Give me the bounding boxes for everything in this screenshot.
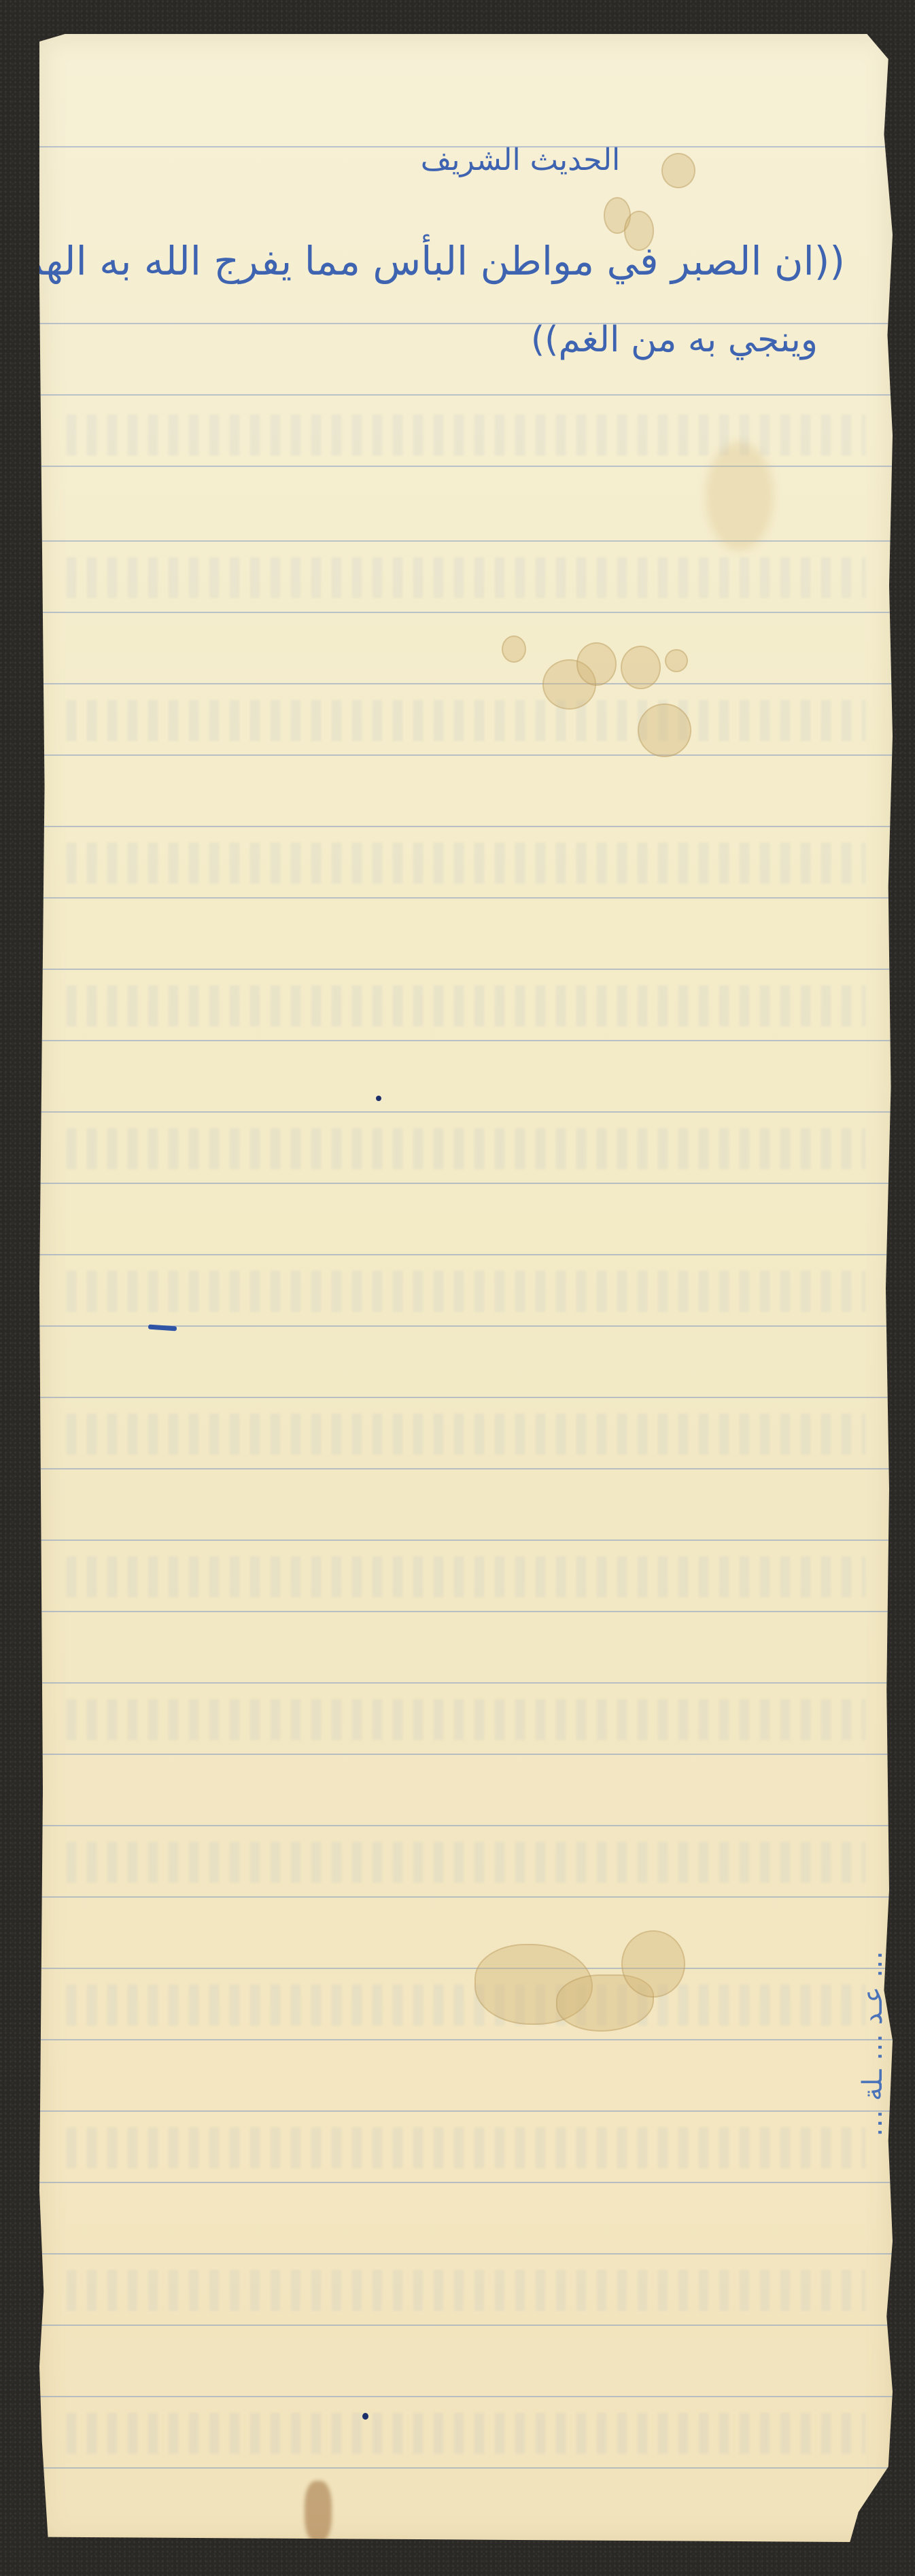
ruled-line (39, 1682, 893, 1684)
ruled-line (39, 1183, 893, 1184)
brown-smudge (305, 2481, 332, 2542)
ruled-line (39, 2396, 893, 2397)
show-through-text (67, 986, 865, 1026)
show-through-text (67, 1414, 865, 1455)
ruled-line (39, 1754, 893, 1755)
ruled-line (39, 1468, 893, 1469)
ruled-line (39, 1825, 893, 1826)
ruled-line (39, 394, 893, 396)
ruled-line (39, 2253, 893, 2255)
ruled-line (39, 2039, 893, 2040)
quote-line-2: وينجي به من الغم)) (531, 319, 818, 360)
stain (621, 646, 661, 689)
ruled-line (39, 897, 893, 899)
show-through-text (67, 700, 865, 741)
show-through-text (67, 1556, 865, 1597)
ruled-line (39, 754, 893, 756)
show-through-text (67, 1128, 865, 1169)
show-through-text (67, 1271, 865, 1312)
show-through-text (67, 557, 865, 598)
ruled-line (39, 683, 893, 684)
show-through-text (67, 1699, 865, 1740)
manuscript-page: الحديث الشريف ((ان الصبر في مواطن البأس … (39, 34, 893, 2542)
stain (638, 703, 691, 757)
show-through-text (67, 2127, 865, 2168)
show-through-text (67, 1842, 865, 1883)
ruled-line (39, 1896, 893, 1898)
ruled-line (39, 1397, 893, 1398)
show-through-text (67, 843, 865, 884)
show-through-text (67, 2413, 865, 2454)
ruled-line (39, 2110, 893, 2112)
ruled-line (39, 969, 893, 970)
quote-line-1: ((ان الصبر في مواطن البأس مما يفرج الله … (20, 238, 845, 284)
show-through-text (67, 2270, 865, 2311)
ruled-line (39, 1611, 893, 1612)
show-through-text (67, 1985, 865, 2025)
ink-dot (376, 1096, 381, 1101)
ruled-line (39, 1111, 893, 1113)
ruled-line (39, 612, 893, 613)
stain (665, 649, 688, 672)
stain (706, 442, 774, 551)
ruled-line (39, 2182, 893, 2183)
stain (576, 642, 617, 686)
stain (621, 1930, 685, 1998)
stain (502, 636, 526, 663)
ruled-line (39, 2325, 893, 2326)
heading-title: الحديث الشريف (39, 143, 893, 177)
ruled-line (39, 1254, 893, 1255)
ruled-line (39, 1040, 893, 1041)
ink-dot (362, 2413, 368, 2420)
ruled-line (39, 2467, 893, 2469)
ruled-line (39, 540, 893, 542)
ruled-line (39, 1539, 893, 1541)
ruled-line (39, 826, 893, 827)
margin-note: … عـد … ـلة … (857, 1951, 888, 2137)
ruled-line (39, 1968, 893, 1969)
